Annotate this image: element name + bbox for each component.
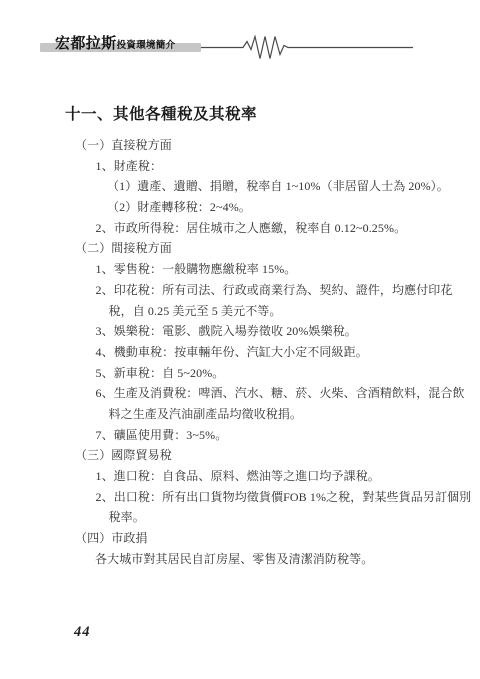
section-heading: （一）直接稅方面 [65, 135, 455, 156]
header-brand-sub: 投資環境簡介 [117, 40, 176, 51]
document-page: 宏都拉斯投資環境簡介 十一、其他各種稅及其稅率 （一）直接稅方面 1、財產稅： … [0, 0, 480, 679]
document-line: 2、市政所得稅：居住城市之人應繳，稅率自 0.12~0.25%。 [65, 218, 455, 239]
document-line: 1、財產稅： [65, 156, 455, 177]
document-line: 4、機動車稅：按車輛年份、汽缸大小定不同級距。 [65, 342, 455, 363]
document-line: 1、零售稅：一般購物應繳稅率 15%。 [65, 259, 455, 280]
document-body: （一）直接稅方面 1、財產稅： （1）遺產、遺贈、捐贈，稅率自 1~10%（非居… [65, 135, 455, 569]
header-brand: 宏都拉斯投資環境簡介 [55, 36, 175, 54]
section-heading: （二）間接稅方面 [65, 238, 455, 259]
document-line: 2、出口稅：所有出口貨物均徵貨價FOB 1%之稅，對某些貨品另訂個別 [65, 487, 455, 508]
section-heading: （四）市政捐 [65, 528, 455, 549]
document-line: 稅率。 [65, 507, 455, 528]
document-line: （1）遺產、遺贈、捐贈，稅率自 1~10%（非居留人士為 20%）。 [65, 176, 455, 197]
page-title: 十一、其他各種稅及其稅率 [65, 102, 257, 124]
header-brand-main: 宏都拉斯 [55, 35, 117, 52]
document-line: 稅，自 0.25 美元至 5 美元不等。 [65, 301, 455, 322]
document-line: 1、進口稅：自食品、原料、燃油等之進口均予課稅。 [65, 466, 455, 487]
document-line: 各大城市對其居民自訂房屋、零售及清潔消防稅等。 [65, 549, 455, 570]
page-number: 44 [74, 624, 91, 641]
heartbeat-pulse-line-icon [201, 35, 413, 61]
document-line: 2、印花稅：所有司法、行政或商業行為、契約、證件，均應付印花 [65, 280, 455, 301]
document-line: 3、娛樂稅：電影、戲院入場券徵收 20%娛樂稅。 [65, 321, 455, 342]
document-line: （2）財產轉移稅：2~4%。 [65, 197, 455, 218]
section-heading: （三）國際貿易稅 [65, 445, 455, 466]
document-line: 6、生產及消費稅：啤酒、汽水、糖、菸、火柴、含酒精飲料，混合飲 [65, 383, 455, 404]
document-line: 5、新車稅：自 5~20%。 [65, 363, 455, 384]
document-line: 7、礦區使用費：3~5%。 [65, 425, 455, 446]
document-line: 料之生產及汽油副產品均徵收稅捐。 [65, 404, 455, 425]
